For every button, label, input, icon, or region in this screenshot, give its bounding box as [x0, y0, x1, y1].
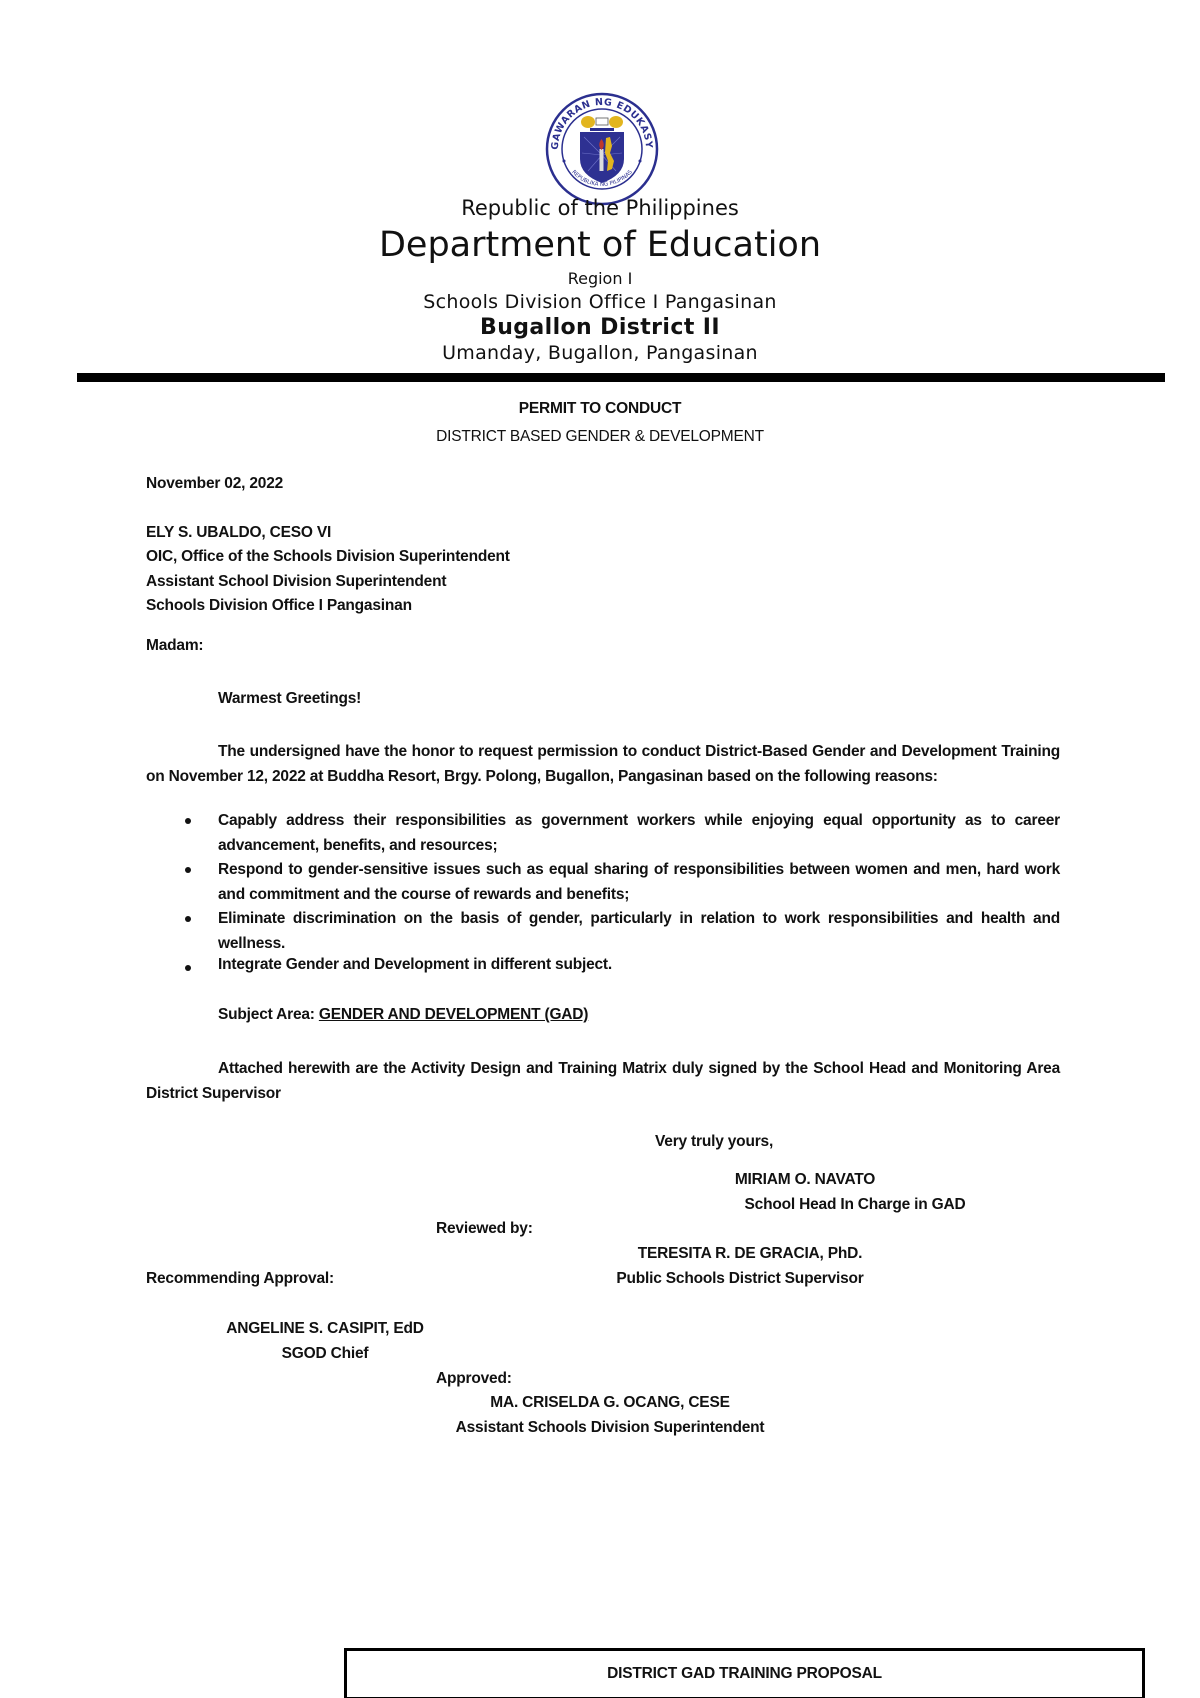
reviewer-title: Public Schools District Supervisor [560, 1270, 920, 1288]
proposal-title-box: DISTRICT GAD TRAINING PROPOSAL [344, 1648, 1145, 1698]
recipient-title: Assistant School Division Superintendent [146, 573, 446, 591]
sender-name: MIRIAM O. NAVATO [705, 1171, 905, 1189]
recommending-label: Recommending Approval: [146, 1270, 334, 1288]
sender-title: School Head In Charge in GAD [690, 1196, 1020, 1214]
approver-name: MA. CRISELDA G. OCANG, CESE [420, 1394, 800, 1412]
proposal-title: DISTRICT GAD TRAINING PROPOSAL [607, 1665, 882, 1682]
bullet-icon [185, 916, 191, 922]
header-divider [77, 373, 1165, 382]
approver-title: Assistant Schools Division Superintenden… [420, 1419, 800, 1437]
subject-area: Subject Area: GENDER AND DEVELOPMENT (GA… [218, 1006, 588, 1024]
recommender-name: ANGELINE S. CASIPIT, EdD [190, 1320, 460, 1338]
reason-item: Integrate Gender and Development in diff… [218, 956, 612, 974]
greeting: Warmest Greetings! [218, 690, 361, 708]
bullet-icon [185, 965, 191, 971]
header-address: Umanday, Bugallon, Pangasinan [0, 342, 1200, 364]
intro-paragraph: The undersigned have the honor to reques… [146, 740, 1060, 789]
salutation: Madam: [146, 637, 203, 655]
subject-area-label: Subject Area: [218, 1006, 315, 1023]
document-subtitle: DISTRICT BASED GENDER & DEVELOPMENT [0, 428, 1200, 446]
subject-area-value: GENDER AND DEVELOPMENT (GAD) [319, 1006, 588, 1023]
attached-paragraph: Attached herewith are the Activity Desig… [146, 1057, 1060, 1106]
approved-label: Approved: [436, 1370, 512, 1388]
header-republic: Republic of the Philippines [0, 196, 1200, 220]
recipient-position: OIC, Office of the Schools Division Supe… [146, 548, 510, 566]
header-district: Bugallon District II [0, 315, 1200, 340]
reason-item: Capably address their responsibilities a… [218, 809, 1060, 858]
bullet-icon [185, 818, 191, 824]
bullet-icon [185, 867, 191, 873]
document-title: PERMIT TO CONDUCT [0, 400, 1200, 418]
deped-seal-logo: KAGAWARAN NG EDUKASYON REPUBLIKA NG PILI… [544, 91, 660, 207]
header-department: Department of Education [0, 225, 1200, 265]
reviewed-label: Reviewed by: [436, 1220, 533, 1238]
recommender-title: SGOD Chief [190, 1345, 460, 1363]
recipient-name: ELY S. UBALDO, CESO VI [146, 524, 331, 542]
header-division: Schools Division Office I Pangasinan [0, 291, 1200, 313]
reason-item: Respond to gender-sensitive issues such … [218, 858, 1060, 907]
closing: Very truly yours, [655, 1133, 773, 1151]
header-region: Region I [0, 269, 1200, 288]
reviewer-name: TERESITA R. DE GRACIA, PhD. [600, 1245, 900, 1263]
letter-date: November 02, 2022 [146, 475, 283, 493]
reason-item: Eliminate discrimination on the basis of… [218, 907, 1060, 956]
recipient-office: Schools Division Office I Pangasinan [146, 597, 412, 615]
